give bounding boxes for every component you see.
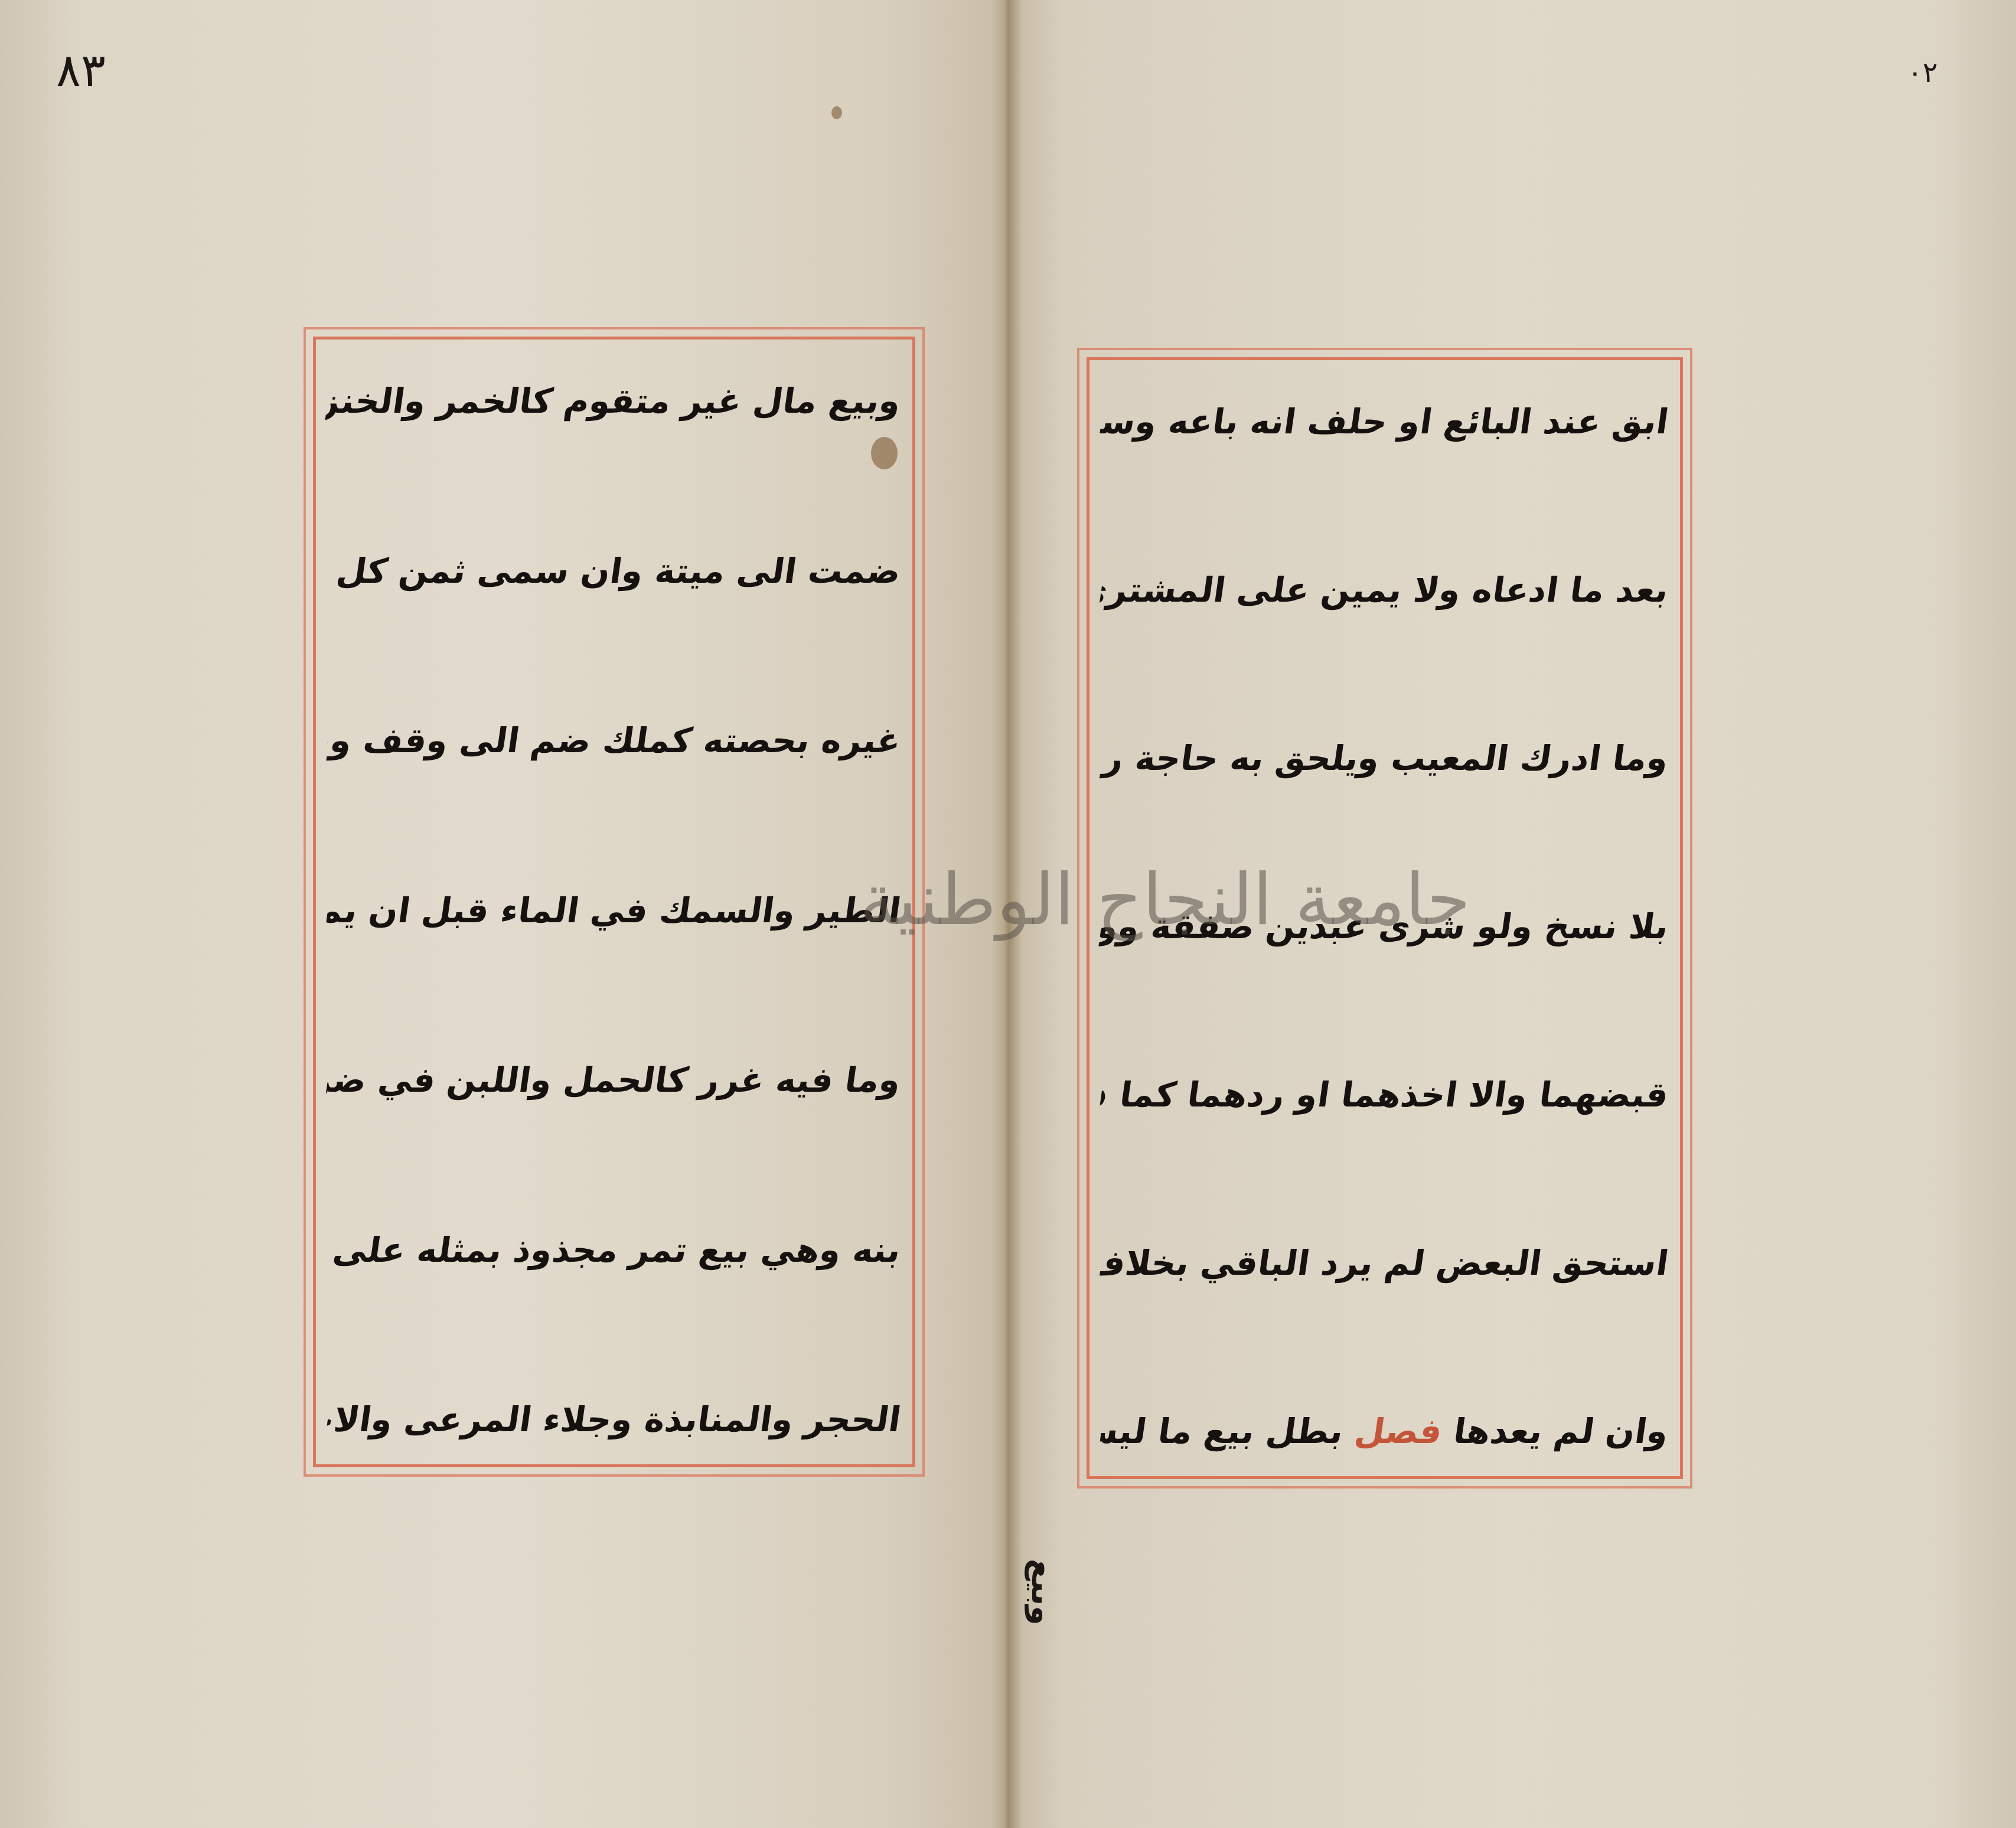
text-line: قبضهما والا اخذهما او ردهما كما في الكيل…: [1098, 1075, 1671, 1116]
text-line: وما فيه غرر كالحمل واللبن في ضرع وما يقت…: [325, 1060, 903, 1101]
text-line: الطير والسمك في الماء قبل ان يملك وما لا…: [325, 890, 903, 932]
text-line: استحق البعض لم يرد الباقي بخلاف الثوب وص…: [1098, 1243, 1671, 1284]
folio-number-left: ٨٣: [56, 44, 106, 97]
ink-stain: [831, 106, 842, 119]
rubric-heading: فصل: [1352, 1411, 1444, 1451]
line-tail: بطل بيع ما ليس بمال كالدم والميتة والحر …: [1098, 1411, 1346, 1451]
text-line-with-rubric: وان لم يعدها فصل بطل بيع ما ليس بمال كال…: [1098, 1411, 1671, 1452]
folio-number-right: ٠٢: [1907, 56, 1938, 89]
catchword: وبيع: [1025, 1559, 1062, 1625]
text-line: الحجر والمنابذة وجلاء المرعى والاجارة به…: [325, 1399, 903, 1441]
line-head: وان لم يعدها: [1451, 1411, 1671, 1451]
text-line: غيره بحصته كملك ضم الى وقف وفسد بيع الوض…: [325, 720, 903, 762]
text-line: وبيع مال غير متقوم كالخمر والخنزير بالثم…: [325, 381, 903, 422]
text-line: ابق عند البائع او حلف انه باعه وسلمه وما…: [1098, 401, 1671, 443]
text-line: ضمت الى ميتة وان سمى ثمن كل وصح في قن ضم…: [325, 551, 903, 592]
text-lines-left: وبيع مال غير متقوم كالخمر والخنزير بالثم…: [328, 381, 901, 1441]
text-line: بعد ما ادعاه ولا يمين على المشتري ان ادع…: [1098, 570, 1671, 611]
text-block-frame-left: وبيع مال غير متقوم كالخمر والخنزير بالثم…: [313, 337, 915, 1467]
manuscript-spread: ٨٣ وبيع مال غير متقوم كالخمر والخنزير با…: [0, 0, 2016, 1828]
text-line: وما ادرك المعيب ويلحق به حاجة رضا البائع…: [1098, 738, 1671, 779]
text-line: بنه وهي بيع تمر مجذوذ بمثله على النخل خر…: [325, 1230, 903, 1271]
watermark: جامعة النجاح الوطنية: [859, 859, 1470, 941]
left-page: ٨٣ وبيع مال غير متقوم كالخمر والخنزير با…: [0, 0, 1004, 1828]
